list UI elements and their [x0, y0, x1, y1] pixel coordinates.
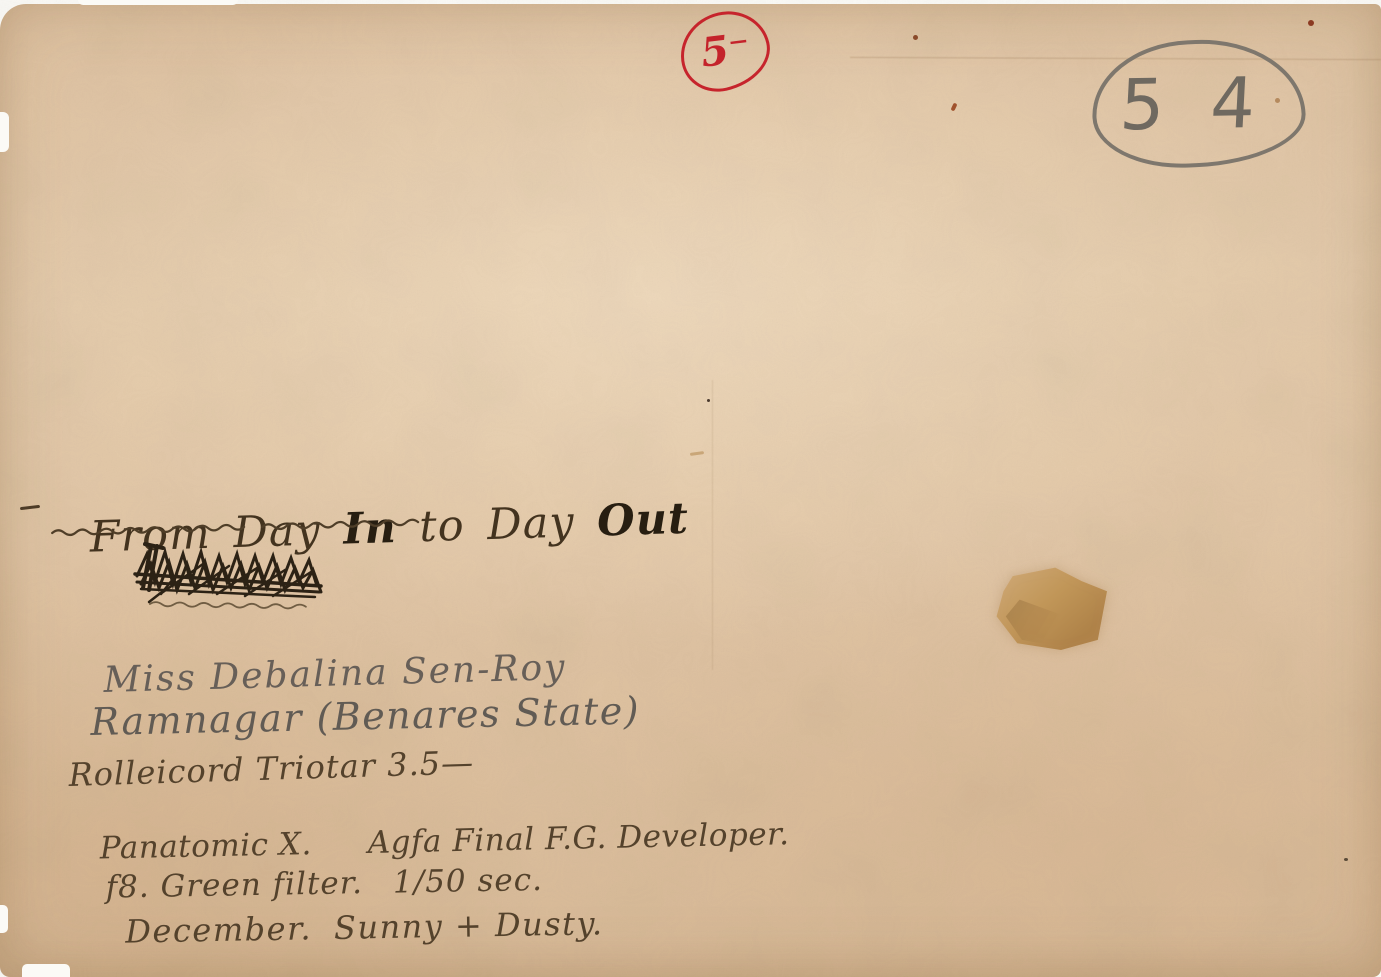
speck: [707, 399, 710, 402]
edge-notch-left-upper: [0, 112, 9, 152]
speck: [1308, 20, 1314, 26]
speck: [913, 35, 918, 40]
title-part-3: to Day: [396, 497, 598, 553]
speck: [1344, 858, 1348, 861]
note-season: December.: [125, 909, 312, 950]
edge-notch-left-lower: [0, 905, 8, 933]
note-weather: Sunny + Dusty.: [334, 904, 604, 947]
crease-line-vertical: [712, 380, 713, 670]
edge-notch-bottom-left: [22, 964, 70, 977]
note-conditions: December.Sunny + Dusty.: [101, 866, 604, 951]
speck: [1275, 98, 1280, 103]
edge-notch-top: [78, 0, 238, 5]
scribbled-out-word: [133, 540, 333, 606]
title-part-4: Out: [596, 494, 689, 547]
red-number-text: 5⁻: [698, 28, 751, 74]
adhesive-stain: [992, 566, 1107, 650]
archive-number-text: 54: [1094, 67, 1303, 141]
